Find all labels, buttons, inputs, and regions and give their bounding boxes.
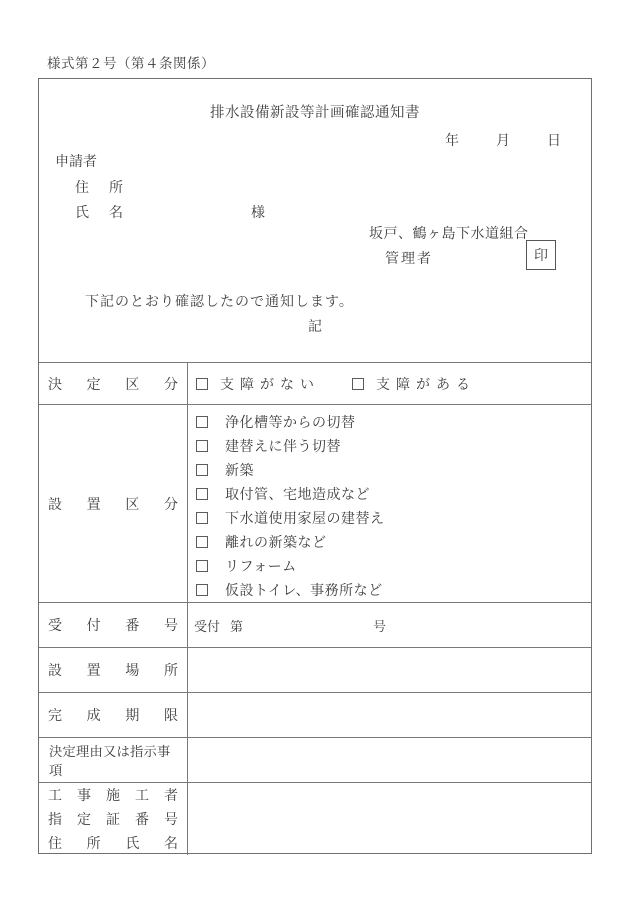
- option-label: 下水道使用家屋の建替え: [225, 508, 385, 528]
- checkbox-service-pipe[interactable]: [196, 488, 208, 500]
- list-item: 下水道使用家屋の建替え: [196, 506, 591, 530]
- address-label: 住 所: [75, 177, 126, 197]
- date-line: 年 月 日: [445, 130, 561, 150]
- option-label: 仮設トイレ、事務所など: [225, 580, 383, 600]
- deadline-label: 完成期限: [48, 705, 178, 725]
- manager-label: 管理者: [385, 248, 433, 268]
- table-row-installation: 設置区分 浄化槽等からの切替 建替えに伴う切替 新築: [39, 404, 591, 602]
- option-label: 浄化槽等からの切替: [225, 412, 356, 432]
- contractor-label-cell: 工事施工者 指定証番号 住所氏名: [39, 783, 188, 855]
- location-label-cell: 設置場所: [39, 648, 188, 692]
- contractor-label-line1: 工事施工者: [48, 783, 178, 807]
- document-page: { "page": { "form_code": "様式第２号（第４条関係）" …: [0, 0, 630, 915]
- option-label: 新築: [225, 460, 254, 480]
- receipt-dai: 第: [230, 616, 243, 635]
- table-row-contractor: 工事施工者 指定証番号 住所氏名: [39, 782, 591, 855]
- table-row-location: 設置場所: [39, 647, 591, 692]
- decision-label-cell: 決定区分: [39, 363, 188, 404]
- deadline-label-cell: 完成期限: [39, 693, 188, 737]
- checkbox-no-problem[interactable]: [196, 378, 208, 390]
- date-year-label: 年: [445, 130, 459, 150]
- ki-label: 記: [39, 316, 591, 336]
- list-item: 建替えに伴う切替: [196, 434, 591, 458]
- location-value-cell: [188, 648, 591, 692]
- checkbox-sewer-house-rebuild[interactable]: [196, 512, 208, 524]
- installation-label-cell: 設置区分: [39, 405, 188, 602]
- date-month-label: 月: [496, 130, 510, 150]
- date-day-label: 日: [547, 130, 561, 150]
- checkbox-rebuild-switch[interactable]: [196, 440, 208, 452]
- option-label: 離れの新築など: [225, 532, 327, 552]
- checkbox-septic-switch[interactable]: [196, 416, 208, 428]
- contractor-label-line3: 住所氏名: [48, 831, 178, 855]
- checkbox-annex-new[interactable]: [196, 536, 208, 548]
- name-label: 氏 名: [75, 202, 126, 222]
- list-item: 離れの新築など: [196, 530, 591, 554]
- installation-value-cell: 浄化槽等からの切替 建替えに伴う切替 新築 取付管、宅地造成など: [188, 405, 591, 602]
- decision-options: 支障がない 支障がある: [188, 374, 476, 394]
- list-item: 取付管、宅地造成など: [196, 482, 591, 506]
- decision-label: 決定区分: [48, 374, 178, 394]
- receipt-gou: 号: [373, 616, 386, 635]
- form-table: 決定区分 支障がない 支障がある 設置区分: [39, 362, 591, 855]
- table-row-decision: 決定区分 支障がない 支障がある: [39, 362, 591, 404]
- option-label: 建替えに伴う切替: [225, 436, 341, 456]
- reason-label-cell: 決定理由又は指示事項: [39, 738, 188, 782]
- organization-name: 坂戸、鶴ヶ島下水道組合: [369, 223, 529, 243]
- list-item: 浄化槽等からの切替: [196, 410, 591, 434]
- honorific-label: 様: [251, 202, 265, 222]
- list-item: 新築: [196, 458, 591, 482]
- seal-box: 印: [526, 240, 556, 270]
- form-code: 様式第２号（第４条関係）: [47, 52, 215, 72]
- location-label: 設置場所: [48, 660, 178, 680]
- checkbox-temporary-toilet[interactable]: [196, 584, 208, 596]
- receipt-label-cell: 受付番号: [39, 603, 188, 647]
- notice-text: 下記のとおり確認したので通知します。: [85, 291, 354, 311]
- table-row-receipt: 受付番号 受付 第 号: [39, 602, 591, 647]
- reason-value-cell: [188, 738, 591, 782]
- option-no-problem-label: 支障がない: [220, 374, 320, 394]
- list-item: リフォーム: [196, 554, 591, 578]
- checkbox-problem[interactable]: [352, 378, 364, 390]
- option-problem-label: 支障がある: [376, 374, 476, 394]
- checkbox-new-construction[interactable]: [196, 464, 208, 476]
- contractor-label-line2: 指定証番号: [48, 807, 178, 831]
- checkbox-reform[interactable]: [196, 560, 208, 572]
- installation-label: 設置区分: [48, 494, 178, 514]
- installation-options: 浄化槽等からの切替 建替えに伴う切替 新築 取付管、宅地造成など: [188, 405, 591, 602]
- table-row-deadline: 完成期限: [39, 692, 591, 737]
- reason-label: 決定理由又は指示事項: [48, 741, 178, 779]
- deadline-value-cell: [188, 693, 591, 737]
- receipt-value-cell: 受付 第 号: [188, 603, 591, 647]
- receipt-prefix: 受付: [194, 616, 220, 635]
- contractor-value-cell: [188, 783, 591, 855]
- decision-value-cell: 支障がない 支障がある: [188, 363, 591, 404]
- option-label: 取付管、宅地造成など: [225, 484, 370, 504]
- page-title: 排水設備新設等計画確認通知書: [39, 101, 591, 122]
- table-row-reason: 決定理由又は指示事項: [39, 737, 591, 782]
- option-label: リフォーム: [225, 556, 297, 576]
- receipt-label: 受付番号: [48, 615, 178, 635]
- document-frame: 排水設備新設等計画確認通知書 年 月 日 申請者 住 所 氏 名 様 坂戸、鶴ヶ…: [38, 78, 592, 854]
- list-item: 仮設トイレ、事務所など: [196, 578, 591, 602]
- applicant-label: 申請者: [55, 151, 97, 171]
